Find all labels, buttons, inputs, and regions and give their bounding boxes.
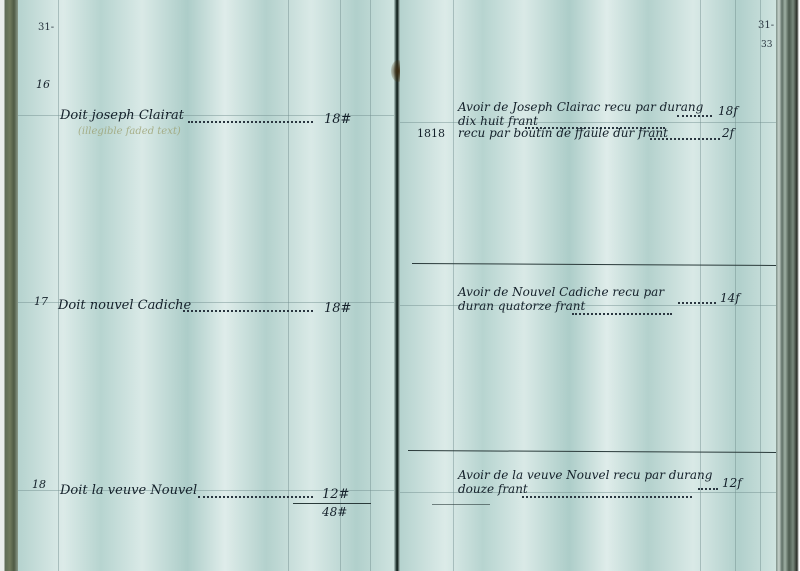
entry-amount: 12f bbox=[722, 476, 742, 490]
leader-dots bbox=[650, 138, 720, 140]
leader-dots bbox=[183, 310, 313, 312]
book-edge-right bbox=[776, 0, 800, 571]
right-page: 31- 33 Avoir de Joseph Clairac recu par … bbox=[400, 0, 776, 571]
column-line bbox=[700, 0, 701, 571]
leader-dots bbox=[678, 302, 716, 304]
entry-line1: Avoir de Joseph Clairac recu par durang bbox=[458, 100, 703, 114]
line-number: 18 bbox=[32, 478, 46, 491]
entry-text: Doit joseph Clairat bbox=[60, 108, 184, 123]
ledger-spread: 31- 16 Doit joseph Clairat 18# (illegibl… bbox=[0, 0, 800, 571]
short-rule bbox=[432, 504, 490, 505]
line-number: 16 bbox=[36, 78, 50, 91]
left-page: 31- 16 Doit joseph Clairat 18# (illegibl… bbox=[18, 0, 394, 571]
column-line bbox=[760, 0, 761, 571]
sum-rule bbox=[293, 503, 371, 504]
entry-text: Doit nouvel Cadiche bbox=[58, 298, 191, 313]
entry-text: Doit la veuve Nouvel bbox=[60, 483, 197, 498]
margin-line bbox=[58, 0, 59, 571]
column-line bbox=[370, 0, 371, 571]
book-edge-left bbox=[0, 0, 18, 571]
entry-amount: 12# bbox=[322, 487, 349, 502]
leader-dots bbox=[198, 496, 313, 498]
column-line bbox=[288, 0, 289, 571]
entry-extra-amount: 2f bbox=[722, 126, 734, 140]
entry-extra-text: recu par boutin de ffaule dur frant bbox=[458, 126, 668, 140]
entry-amount: 18f bbox=[718, 104, 738, 118]
year: 1818 bbox=[417, 127, 445, 140]
section-rule bbox=[412, 263, 776, 266]
margin-line bbox=[453, 0, 454, 571]
line-number: 17 bbox=[34, 295, 48, 308]
leader-dots bbox=[188, 121, 313, 123]
leader-dots bbox=[677, 115, 712, 117]
entry-line2: douze frant bbox=[458, 482, 528, 496]
page-number: 31- bbox=[758, 20, 774, 31]
entry-amount: 14f bbox=[720, 291, 740, 305]
row-line bbox=[400, 305, 776, 306]
leader-dots bbox=[522, 496, 692, 498]
section-rule bbox=[408, 450, 776, 453]
entry-line1: Avoir de Nouvel Cadiche recu par bbox=[458, 285, 664, 299]
total-amount: 48# bbox=[322, 505, 347, 519]
row-line bbox=[400, 492, 776, 493]
leader-dots bbox=[572, 313, 672, 315]
row-line bbox=[400, 122, 776, 123]
entry-amount: 18# bbox=[324, 112, 351, 127]
column-line bbox=[340, 0, 341, 571]
entry-line1: Avoir de la veuve Nouvel recu par durang bbox=[458, 468, 712, 482]
page-number: 31- bbox=[38, 22, 54, 33]
bleed-through-text: (illegible faded text) bbox=[78, 126, 181, 137]
leader-dots bbox=[698, 488, 718, 490]
entry-amount: 18# bbox=[324, 301, 351, 316]
page-sub-number: 33 bbox=[761, 40, 772, 50]
entry-line2: duran quatorze frant bbox=[458, 299, 585, 313]
